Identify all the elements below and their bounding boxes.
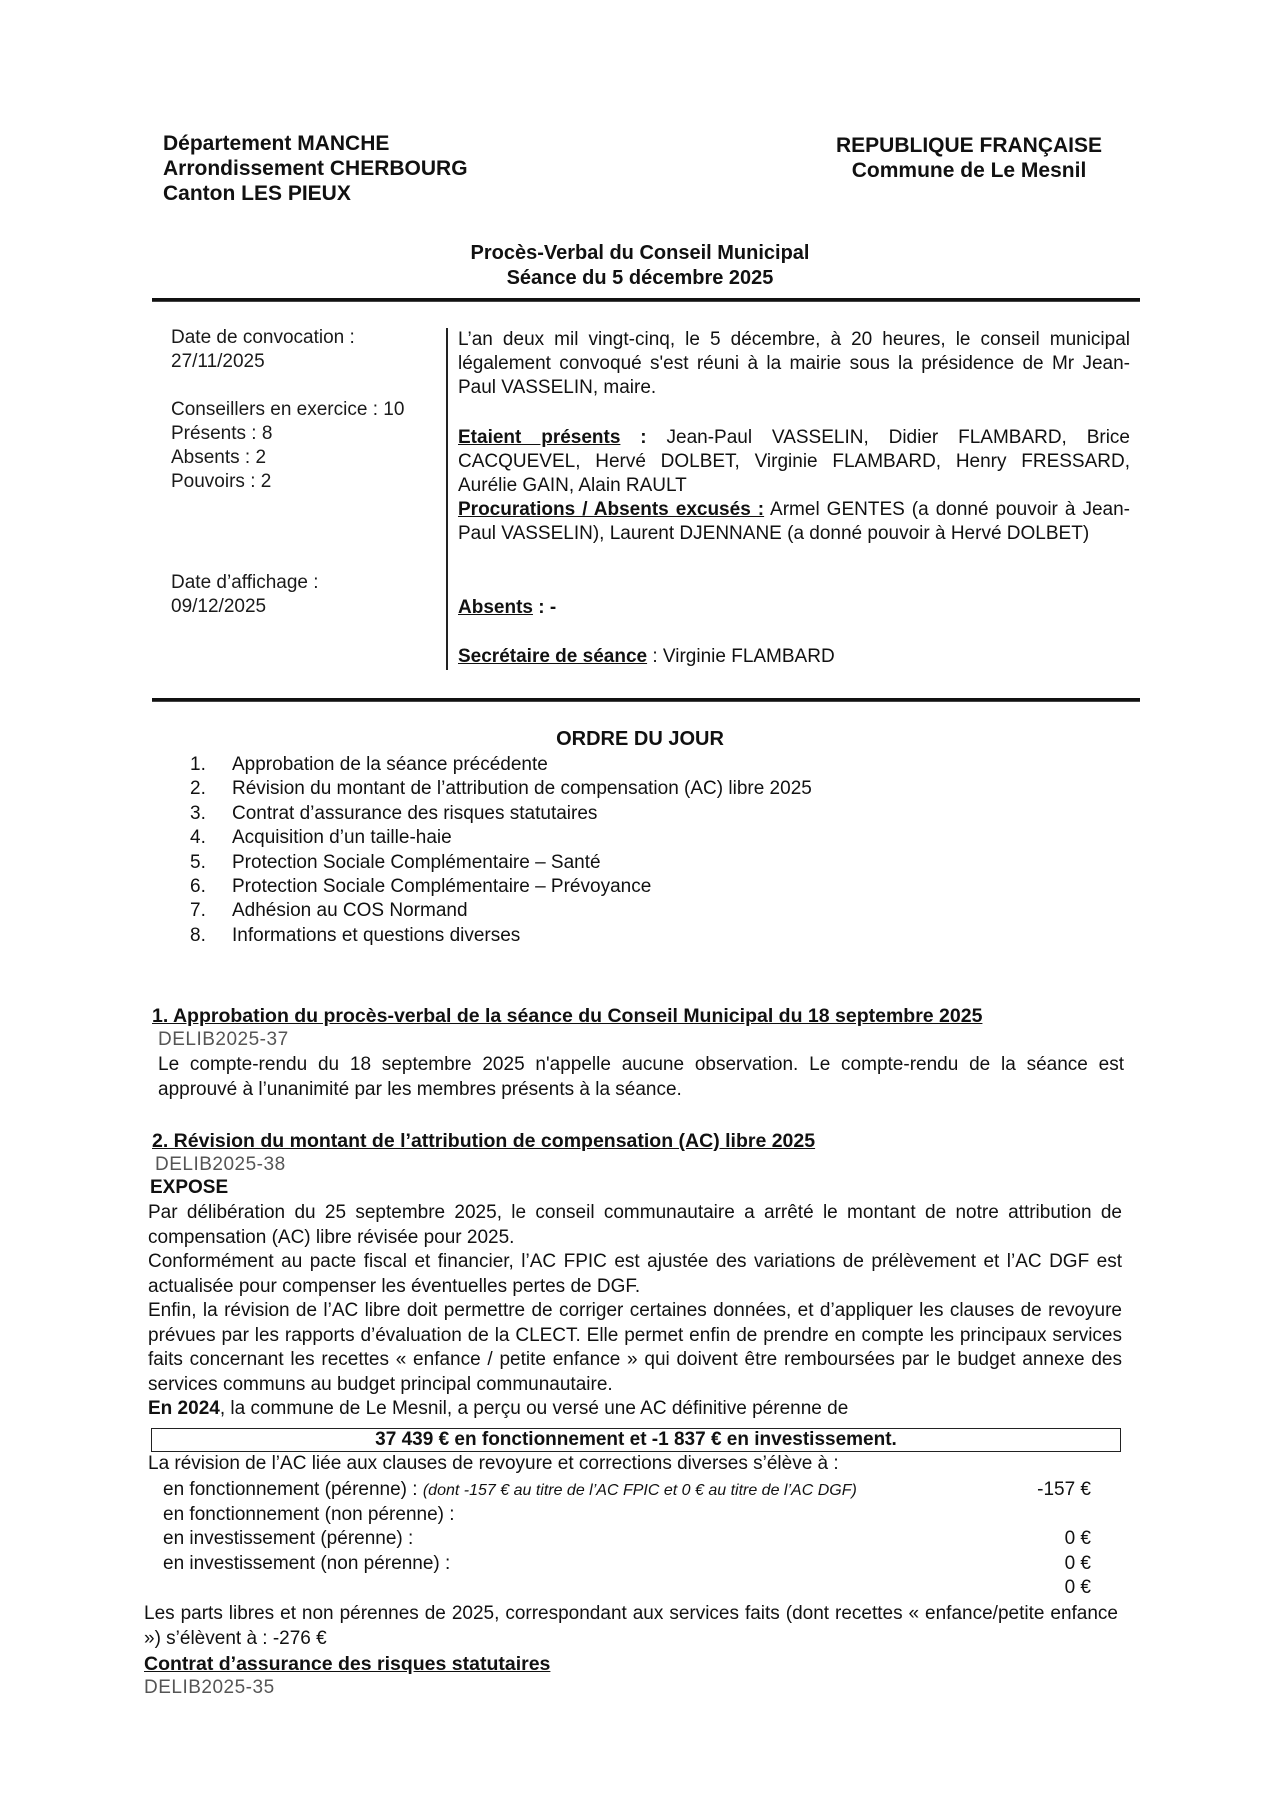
paragraph-3: Enfin, la révision de l’AC libre doit pe… [148,1299,1122,1397]
ac-amount-box: 37 439 € en fonctionnement et -1 837 € e… [151,1428,1121,1452]
agenda-item-label: Protection Sociale Complémentaire – Prév… [232,875,651,899]
row-value: -157 € [1037,1477,1091,1503]
revision-row: en investissement (non pérenne) :0 € [163,1551,1091,1577]
presents-count: Présents : 8 [171,422,404,446]
agenda-item-number: 3. [190,802,232,826]
revision-row: en investissement (pérenne) :0 € [163,1526,1091,1552]
agenda-item-number: 4. [190,826,232,850]
agenda-item-label: Approbation de la séance précédente [232,753,548,777]
section-2-title: 2. Révision du montant de l’attribution … [152,1130,815,1153]
secretaire-value: : Virginie FLAMBARD [647,646,835,667]
conseillers-count: Conseillers en exercice : 10 [171,398,404,422]
presents-label: Etaient présents [458,427,620,448]
row-note: (dont -157 € au titre de l’AC FPIC et 0 … [423,1482,857,1499]
attendance: Etaient présents : Jean-Paul VASSELIN, D… [458,426,1130,546]
revision-row: en fonctionnement (non pérenne) : [163,1502,1091,1528]
agenda-item: 3.Contrat d’assurance des risques statut… [190,802,812,826]
divider [152,298,1140,302]
convocation-label: Date de convocation : [171,326,355,350]
parts-libres: Les parts libres et non pérennes de 2025… [144,1602,1118,1651]
agenda-item-label: Adhésion au COS Normand [232,899,468,923]
affichage-date: 09/12/2025 [171,595,319,619]
convocation-date: 27/11/2025 [171,350,355,374]
row-value: 0 € [1065,1526,1091,1552]
absents-line: Absents : - [458,596,1130,620]
agenda-item: 1.Approbation de la séance précédente [190,753,812,777]
agenda-item: 6.Protection Sociale Complémentaire – Pr… [190,875,812,899]
row-value: 0 € [1065,1575,1091,1600]
paragraph-2: Conformément au pacte fiscal et financie… [148,1250,1122,1299]
agenda-item-number: 7. [190,899,232,923]
section-2-delib: DELIB2025-38 [155,1154,286,1176]
document-title: Procès-Verbal du Conseil Municipal Séanc… [0,241,1280,291]
agenda-item: 8.Informations et questions diverses [190,924,812,948]
section-1-text: Le compte-rendu du 18 septembre 2025 n'a… [158,1053,1124,1102]
section-1-title: 1. Approbation du procès-verbal de la sé… [152,1005,982,1028]
procurations-paragraph: Procurations / Absents excusés : Armel G… [458,498,1130,546]
commune: Commune de Le Mesnil [836,158,1102,183]
paragraph-1: Par délibération du 25 septembre 2025, l… [148,1201,1122,1250]
column-divider [446,328,448,670]
procurations-label: Procurations / Absents excusés : [458,499,764,520]
parts-libres-text: Les parts libres et non pérennes de 2025… [144,1602,1118,1651]
agenda-item-label: Révision du montant de l’attribution de … [232,777,812,801]
expose-heading: EXPOSE [150,1177,228,1199]
arrondissement: Arrondissement CHERBOURG [163,156,468,181]
affichage-label: Date d’affichage : [171,571,319,595]
agenda-item: 5.Protection Sociale Complémentaire – Sa… [190,851,812,875]
session-date: Séance du 5 décembre 2025 [0,266,1280,291]
agenda-item-number: 8. [190,924,232,948]
absents-count: Absents : 2 [171,446,404,470]
row-label: en investissement (pérenne) : [163,1526,413,1552]
agenda-item: 2.Révision du montant de l’attribution d… [190,777,812,801]
agenda-item-number: 5. [190,851,232,875]
year-2024: En 2024 [148,1398,220,1419]
republic: REPUBLIQUE FRANÇAISE [836,133,1102,158]
canton: Canton LES PIEUX [163,181,468,206]
agenda-item-number: 1. [190,753,232,777]
row-label: en fonctionnement (non pérenne) : [163,1502,455,1528]
republic-header: REPUBLIQUE FRANÇAISE Commune de Le Mesni… [836,133,1102,183]
section-3-title: Contrat d’assurance des risques statutai… [144,1653,550,1676]
intro-text: L’an deux mil vingt-cinq, le 5 décembre,… [458,328,1130,400]
section-1-body: Le compte-rendu du 18 septembre 2025 n'a… [158,1053,1124,1102]
section-1-delib: DELIB2025-37 [158,1029,289,1051]
separator: : [620,427,666,448]
presents-paragraph: Etaient présents : Jean-Paul VASSELIN, D… [458,426,1130,498]
paragraph-4-text: , la commune de Le Mesnil, a perçu ou ve… [220,1398,848,1419]
session-intro: L’an deux mil vingt-cinq, le 5 décembre,… [458,328,1130,400]
agenda-item-label: Contrat d’assurance des risques statutai… [232,802,597,826]
agenda-item-label: Protection Sociale Complémentaire – Sant… [232,851,601,875]
agenda-item: 4.Acquisition d’un taille-haie [190,826,812,850]
meta-column: Date de convocation : 27/11/2025 [171,326,355,374]
affichage: Date d’affichage : 09/12/2025 [171,571,319,619]
secretaire-label: Secrétaire de séance [458,646,647,667]
pouvoirs-count: Pouvoirs : 2 [171,470,404,494]
revision-row: 0 € [163,1575,1091,1600]
row-value: 0 € [1065,1551,1091,1577]
revision-row: en fonctionnement (pérenne) : (dont -157… [163,1477,1091,1503]
section-3-delib: DELIB2025-35 [144,1677,275,1699]
absents-value: : - [533,597,556,618]
agenda-item: 7.Adhésion au COS Normand [190,899,812,923]
counts: Conseillers en exercice : 10 Présents : … [171,398,404,494]
agenda-list: 1.Approbation de la séance précédente2.R… [190,753,812,948]
page-title: Procès-Verbal du Conseil Municipal [0,241,1280,266]
revision-intro: La révision de l’AC liée aux clauses de … [148,1452,839,1477]
agenda-title: ORDRE DU JOUR [0,728,1280,751]
secretaire-line: Secrétaire de séance : Virginie FLAMBARD [458,645,1130,669]
section-2-text: Par délibération du 25 septembre 2025, l… [148,1201,1122,1422]
absents-label: Absents [458,597,533,618]
agenda-item-label: Informations et questions diverses [232,924,520,948]
row-label: en fonctionnement (pérenne) : (dont -157… [163,1477,857,1503]
row-label: en investissement (non pérenne) : [163,1551,450,1577]
agenda-item-number: 6. [190,875,232,899]
administrative-header: Département MANCHE Arrondissement CHERBO… [163,131,468,206]
paragraph-4: En 2024, la commune de Le Mesnil, a perç… [148,1397,1122,1422]
agenda-item-number: 2. [190,777,232,801]
agenda-item-label: Acquisition d’un taille-haie [232,826,452,850]
divider [152,698,1140,702]
department: Département MANCHE [163,131,468,156]
